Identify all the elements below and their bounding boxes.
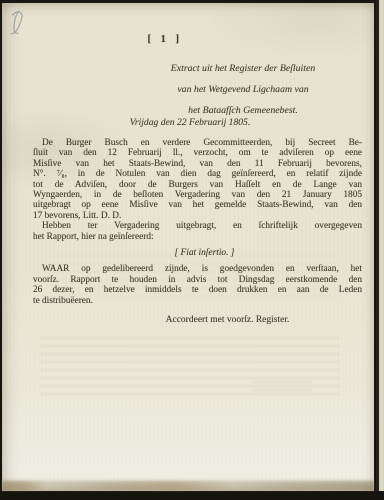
page-number: [ 1 ] xyxy=(2,34,328,45)
text-line: Hebben ter Vergadering uitgebragt, en ſc… xyxy=(33,221,362,231)
document-heading: Extract uit het Register der Beſluitenva… xyxy=(145,58,341,121)
text-line: Extract uit het Register der Beſluiten xyxy=(145,58,341,79)
paragraph-report-presented: Hebben ter Vergadering uitgebragt, en ſc… xyxy=(33,221,362,242)
document-body: De Burger Busch en verdere Gecommitteerd… xyxy=(33,138,362,306)
ink-show-through xyxy=(252,381,312,391)
fiat-insertio-line: [ Fiat inſertio. ] xyxy=(33,248,362,258)
ink-show-through xyxy=(40,337,340,399)
text-line: van het Wetgevend Ligchaam van xyxy=(145,79,341,100)
text-line: te distribuëeren. xyxy=(33,296,362,306)
text-line: voorſz. Rapport te houden in advis tot D… xyxy=(33,275,362,285)
text-line: 26 dezer, en hetzelve inmiddels te doen … xyxy=(33,285,362,295)
paper-sheet: [ 1 ] Extract uit het Register der Beſlu… xyxy=(2,3,374,491)
text-line: WAAR op gedelibereerd zijnde, is goedgev… xyxy=(33,264,362,274)
adjacent-page-edge xyxy=(376,0,384,491)
paragraph-resolution-intro: De Burger Busch en verdere Gecommitteerd… xyxy=(33,138,362,221)
text-line: N°. ⁷⁄₈, in de Notulen van dien dag geïn… xyxy=(33,169,362,179)
closing-attestation-line: Accordeert met voorſz. Register. xyxy=(33,315,362,325)
text-line: ſluit van den 12 Februarij ll., verzocht… xyxy=(33,148,362,158)
page-edge-stain xyxy=(2,481,374,491)
text-line: tot de Adviſen, door de Burgers van Haſſ… xyxy=(33,180,362,190)
date-line: Vrijdag den 22 Februarij 1805. xyxy=(30,117,350,128)
text-line: het Rapport, hier na geïnſereerd: xyxy=(33,232,362,242)
text-line: 17 bevorens, Litt. D. D. xyxy=(33,211,362,221)
paragraph-decision: WAAR op gedelibereerd zijnde, is goedgev… xyxy=(33,264,362,306)
text-line: Wyngaerden, in de beſloten Vergadering v… xyxy=(33,190,362,200)
scanned-document-page: [ 1 ] Extract uit het Register der Beſlu… xyxy=(0,0,384,500)
text-line: Misſive van het Staats-Bewind, van den 1… xyxy=(33,159,362,169)
text-line: uitgebragt op eene Misſive van het gemel… xyxy=(33,200,362,210)
text-line: De Burger Busch en verdere Gecommitteerd… xyxy=(33,138,362,148)
